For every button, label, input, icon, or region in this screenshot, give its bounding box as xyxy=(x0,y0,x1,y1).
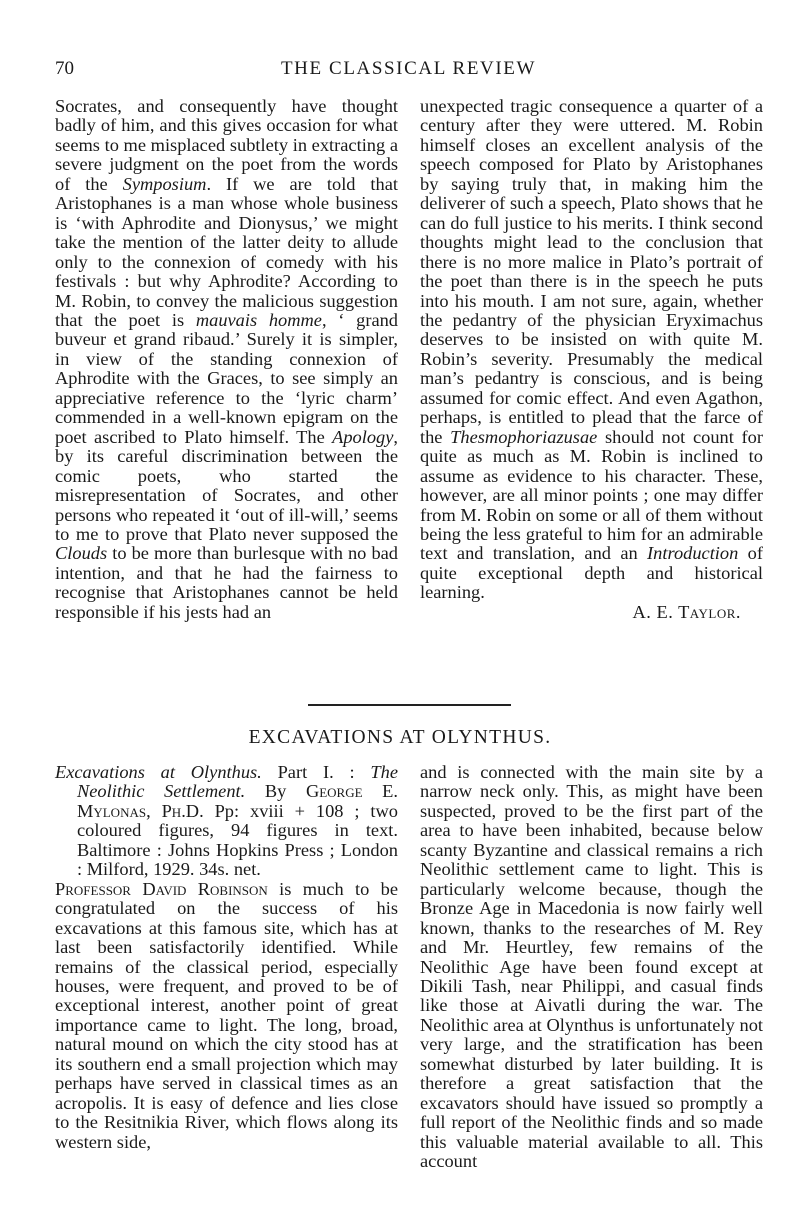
text-run: unexpected tragic consequence a quarter … xyxy=(420,96,763,447)
text-run: is much to be congratulated on the succe… xyxy=(55,879,398,1152)
italic-title: Symposium xyxy=(123,174,207,194)
italic-title: Apology xyxy=(332,427,393,447)
text-run: By xyxy=(245,781,306,801)
section-title: EXCAVATIONS AT OLYNTHUS. xyxy=(0,727,800,749)
page-header: 70 THE CLASSICAL REVIEW xyxy=(55,58,762,82)
paragraph: and is connected with the main site by a… xyxy=(420,763,763,1172)
author-signature: A. E. Taylor. xyxy=(420,603,763,622)
paragraph: Socrates, and consequently have thought … xyxy=(55,97,398,622)
review-two-left-column: Excavations at Olynthus. Part I. : The N… xyxy=(55,763,398,1152)
text-run: Part I. : xyxy=(262,762,371,782)
journal-title: THE CLASSICAL REVIEW xyxy=(55,58,762,80)
text-run: . If we are told that Aristophanes is a … xyxy=(55,174,398,330)
section-divider xyxy=(308,704,511,706)
book-title: Excavations at Olynthus. xyxy=(55,762,262,782)
italic-title: Thesmophoriazusae xyxy=(450,427,597,447)
review-one-right-column: unexpected tragic consequence a quarter … xyxy=(420,97,763,622)
paragraph: Professor David Robinson is much to be c… xyxy=(55,880,398,1152)
italic-phrase: mauvais homme xyxy=(196,310,322,330)
italic-title: Clouds xyxy=(55,543,107,563)
text-run: to be more than burlesque with no bad in… xyxy=(55,543,398,621)
review-two-right-column: and is connected with the main site by a… xyxy=(420,763,763,1172)
paragraph: unexpected tragic consequence a quarter … xyxy=(420,97,763,603)
opening-name: Professor David Robinson xyxy=(55,879,268,899)
italic-title: Introduction xyxy=(647,543,738,563)
bibliographic-entry: Excavations at Olynthus. Part I. : The N… xyxy=(55,763,398,880)
review-one-left-column: Socrates, and consequently have thought … xyxy=(55,97,398,622)
